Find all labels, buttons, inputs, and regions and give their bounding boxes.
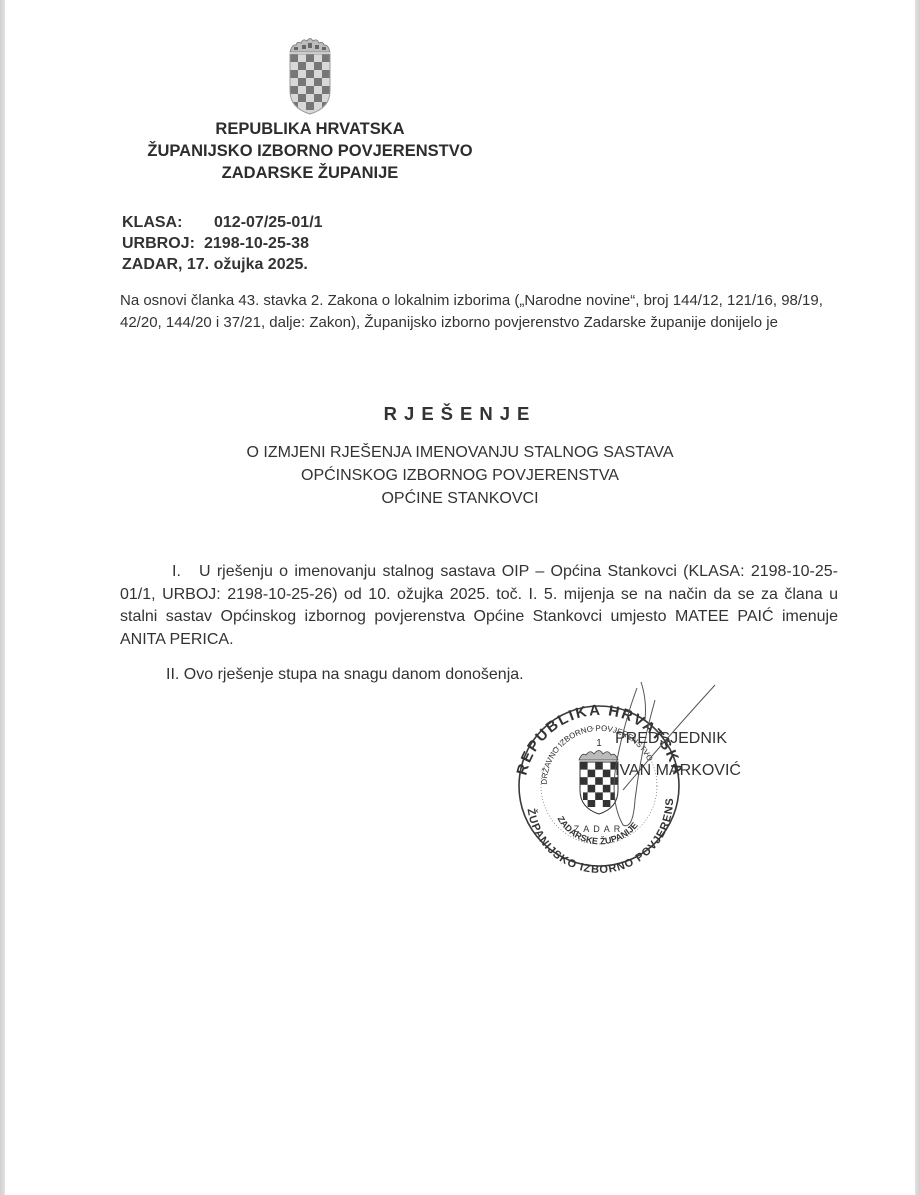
subtitle-line-2: OPĆINSKOG IZBORNOG POVJERENSTVA	[0, 464, 920, 487]
item-number: II.	[166, 666, 179, 683]
header-line-republic: REPUBLIKA HRVATSKA	[110, 118, 510, 140]
urbroj-value: 2198-10-25-38	[204, 235, 309, 252]
stamp-number: 1	[596, 738, 602, 749]
legal-basis-paragraph: Na osnovi članka 43. stavka 2. Zakona o …	[120, 290, 840, 334]
signature-block: PREDSJEDNIK IVAN MARKOVIĆ	[615, 723, 741, 787]
klasa-row: KLASA:012-07/25-01/1	[122, 212, 323, 233]
klasa-label: KLASA:	[122, 212, 214, 233]
decision-item-2: II. Ovo rješenje stupa na snagu danom do…	[166, 666, 524, 684]
signatory-role: PREDSJEDNIK	[615, 723, 741, 755]
issuer-header: REPUBLIKA HRVATSKA ŽUPANIJSKO IZBORNO PO…	[110, 118, 510, 184]
page-edge-right	[915, 0, 920, 1195]
place-date: ZADAR, 17. ožujka 2025.	[122, 254, 323, 275]
decision-item-1: I.U rješenju o imenovanju stalnog sastav…	[120, 561, 838, 651]
item-text: U rješenju o imenovanju stalnog sastava …	[120, 563, 838, 648]
urbroj-row: URBROJ:2198-10-25-38	[122, 233, 323, 254]
stamp-city: ZADAR	[574, 824, 625, 834]
coat-of-arms-icon	[287, 36, 333, 116]
stamp-coat-icon	[579, 751, 618, 815]
page-edge-left	[0, 0, 5, 1195]
subtitle-line-1: O IZMJENI RJEŠENJA IMENOVANJU STALNOG SA…	[0, 441, 920, 464]
klasa-value: 012-07/25-01/1	[214, 214, 323, 231]
signatory-name: IVAN MARKOVIĆ	[615, 755, 741, 787]
item-number: I.	[172, 561, 199, 584]
subtitle-line-3: OPĆINE STANKOVCI	[0, 487, 920, 510]
document-reference: KLASA:012-07/25-01/1 URBROJ:2198-10-25-3…	[122, 212, 323, 275]
header-line-county: ZADARSKE ŽUPANIJE	[110, 162, 510, 184]
document-title: RJEŠENJE	[0, 403, 920, 425]
header-line-commission: ŽUPANIJSKO IZBORNO POVJERENSTVO	[110, 140, 510, 162]
urbroj-label: URBROJ:	[122, 233, 204, 254]
document-subtitle: O IZMJENI RJEŠENJA IMENOVANJU STALNOG SA…	[0, 441, 920, 510]
item-text: Ovo rješenje stupa na snagu danom donoše…	[184, 666, 524, 683]
